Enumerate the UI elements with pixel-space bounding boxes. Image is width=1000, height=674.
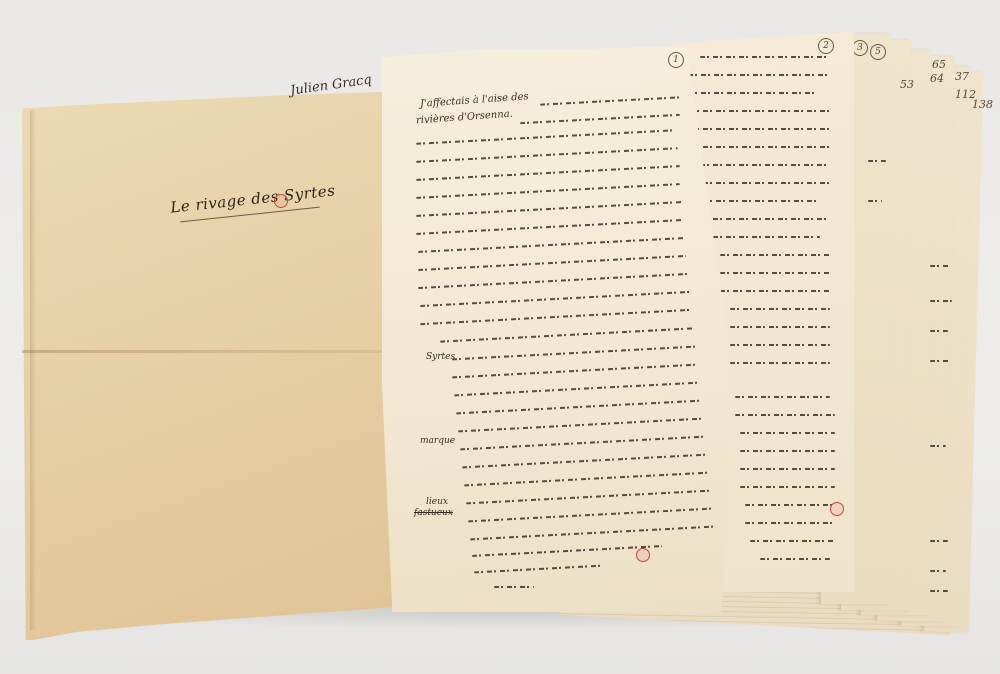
margin-note: Syrtes [426,352,455,362]
page-number-circled: 5 [870,44,886,60]
cover-fold-crease [22,350,394,353]
library-stamp [636,548,650,562]
cover-edge [30,110,36,630]
manuscript-photo: 3 5 53 64 65 37 112 138 2 [0,0,1000,674]
page-number: 53 [900,78,914,91]
page-number: 65 [932,58,946,71]
cover-folder [22,92,394,640]
page-number: 138 [972,98,993,111]
margin-note: lieux [426,497,448,507]
page-number: 64 [930,72,944,85]
page-number-circled: 1 [668,52,684,68]
page-number-circled: 3 [852,40,868,56]
page-number: 37 [955,70,969,83]
library-stamp [830,502,844,516]
library-stamp [274,194,288,208]
margin-note: marque [420,436,455,446]
margin-note: fastueux [414,508,453,518]
page-number-circled: 2 [818,38,834,54]
